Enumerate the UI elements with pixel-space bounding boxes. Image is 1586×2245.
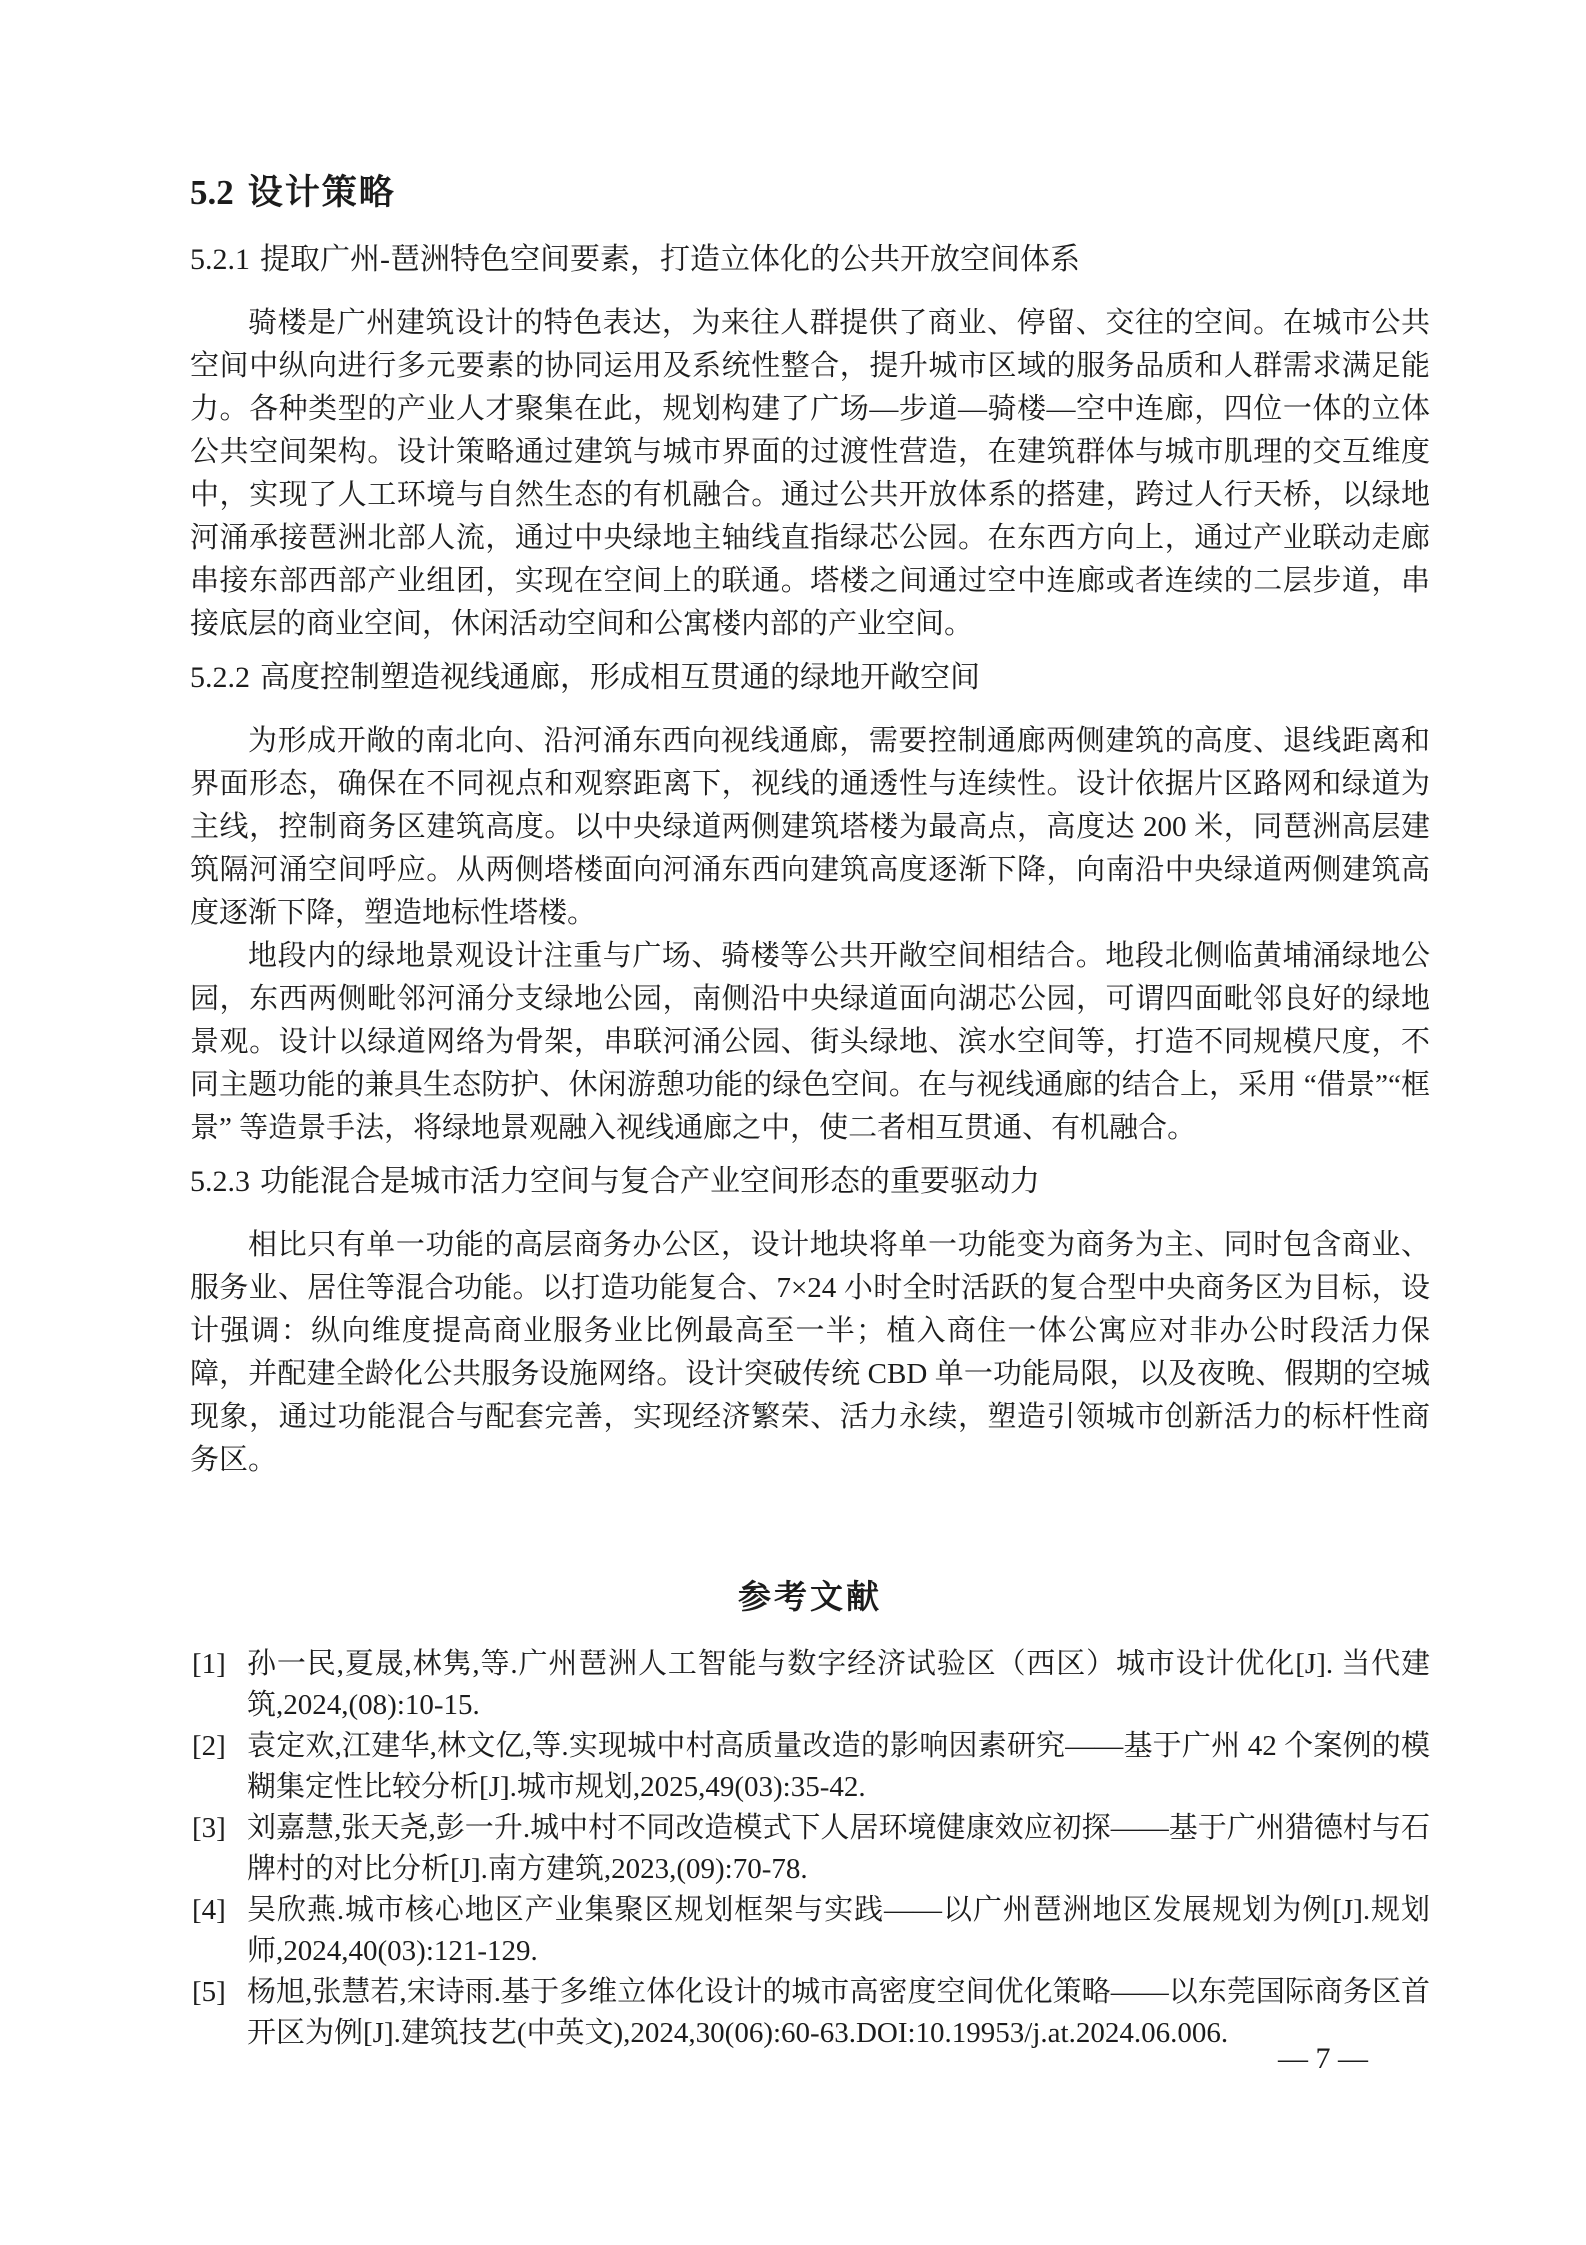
- reference-item: [3] 刘嘉慧,张天尧,彭一升.城中村不同改造模式下人居环境健康效应初探——基于…: [190, 1808, 1430, 1890]
- reference-marker: [2]: [192, 1726, 226, 1767]
- subsection-body-521: 骑楼是广州建筑设计的特色表达，为来往人群提供了商业、停留、交往的空间。在城市公共…: [190, 302, 1430, 646]
- subsection-title: 功能混合是城市活力空间与复合产业空间形态的重要驱动力: [260, 1165, 1040, 1198]
- subsection-body-523: 相比只有单一功能的高层商务办公区，设计地块将单一功能变为商务为主、同时包含商业、…: [190, 1224, 1430, 1482]
- reference-marker: [3]: [192, 1808, 226, 1849]
- paragraph: 相比只有单一功能的高层商务办公区，设计地块将单一功能变为商务为主、同时包含商业、…: [190, 1224, 1430, 1482]
- subsection-heading-523: 5.2.3功能混合是城市活力空间与复合产业空间形态的重要驱动力: [190, 1164, 1430, 1200]
- section-number: 5.2: [190, 173, 234, 212]
- reference-text: 吴欣燕.城市核心地区产业集聚区规划框架与实践——以广州琶洲地区发展规划为例[J]…: [247, 1894, 1430, 1967]
- reference-text: 杨旭,张慧若,宋诗雨.基于多维立体化设计的城市高密度空间优化策略——以东莞国际商…: [247, 1976, 1430, 2049]
- section-heading: 5.2设计策略: [190, 172, 1430, 214]
- reference-marker: [5]: [192, 1972, 226, 2013]
- references-list: [1] 孙一民,夏晟,林隽,等.广州琶洲人工智能与数字经济试验区（西区）城市设计…: [190, 1644, 1430, 2054]
- subsection-number: 5.2.2: [190, 661, 250, 694]
- section-title: 设计策略: [248, 173, 396, 212]
- reference-item: [2] 袁定欢,江建华,林文亿,等.实现城中村高质量改造的影响因素研究——基于广…: [190, 1726, 1430, 1808]
- reference-text: 刘嘉慧,张天尧,彭一升.城中村不同改造模式下人居环境健康效应初探——基于广州猎德…: [247, 1812, 1430, 1885]
- paragraph: 地段内的绿地景观设计注重与广场、骑楼等公共开敞空间相结合。地段北侧临黄埔涌绿地公…: [190, 935, 1430, 1150]
- page-content: 5.2设计策略 5.2.1提取广州-琶洲特色空间要素，打造立体化的公共开放空间体…: [190, 172, 1430, 2054]
- references-heading: 参考文献: [190, 1578, 1430, 1616]
- subsection-body-522: 为形成开敞的南北向、沿河涌东西向视线通廊，需要控制通廊两侧建筑的高度、退线距离和…: [190, 720, 1430, 1150]
- subsection-heading-522: 5.2.2高度控制塑造视线通廊，形成相互贯通的绿地开敞空间: [190, 660, 1430, 696]
- reference-marker: [4]: [192, 1890, 226, 1931]
- subsection-title: 提取广州-琶洲特色空间要素，打造立体化的公共开放空间体系: [260, 243, 1080, 276]
- subsection-number: 5.2.3: [190, 1165, 250, 1198]
- page-number: — 7 —: [1248, 2040, 1398, 2078]
- subsection-number: 5.2.1: [190, 243, 250, 276]
- reference-item: [1] 孙一民,夏晟,林隽,等.广州琶洲人工智能与数字经济试验区（西区）城市设计…: [190, 1644, 1430, 1726]
- paragraph: 为形成开敞的南北向、沿河涌东西向视线通廊，需要控制通廊两侧建筑的高度、退线距离和…: [190, 720, 1430, 935]
- reference-item: [5] 杨旭,张慧若,宋诗雨.基于多维立体化设计的城市高密度空间优化策略——以东…: [190, 1972, 1430, 2054]
- subsection-heading-521: 5.2.1提取广州-琶洲特色空间要素，打造立体化的公共开放空间体系: [190, 242, 1430, 278]
- paragraph: 骑楼是广州建筑设计的特色表达，为来往人群提供了商业、停留、交往的空间。在城市公共…: [190, 302, 1430, 646]
- reference-text: 孙一民,夏晟,林隽,等.广州琶洲人工智能与数字经济试验区（西区）城市设计优化[J…: [247, 1648, 1430, 1721]
- subsection-title: 高度控制塑造视线通廊，形成相互贯通的绿地开敞空间: [260, 661, 980, 694]
- reference-item: [4] 吴欣燕.城市核心地区产业集聚区规划框架与实践——以广州琶洲地区发展规划为…: [190, 1890, 1430, 1972]
- document-page: 5.2设计策略 5.2.1提取广州-琶洲特色空间要素，打造立体化的公共开放空间体…: [0, 0, 1586, 2245]
- reference-text: 袁定欢,江建华,林文亿,等.实现城中村高质量改造的影响因素研究——基于广州 42…: [247, 1730, 1430, 1803]
- reference-marker: [1]: [192, 1644, 226, 1685]
